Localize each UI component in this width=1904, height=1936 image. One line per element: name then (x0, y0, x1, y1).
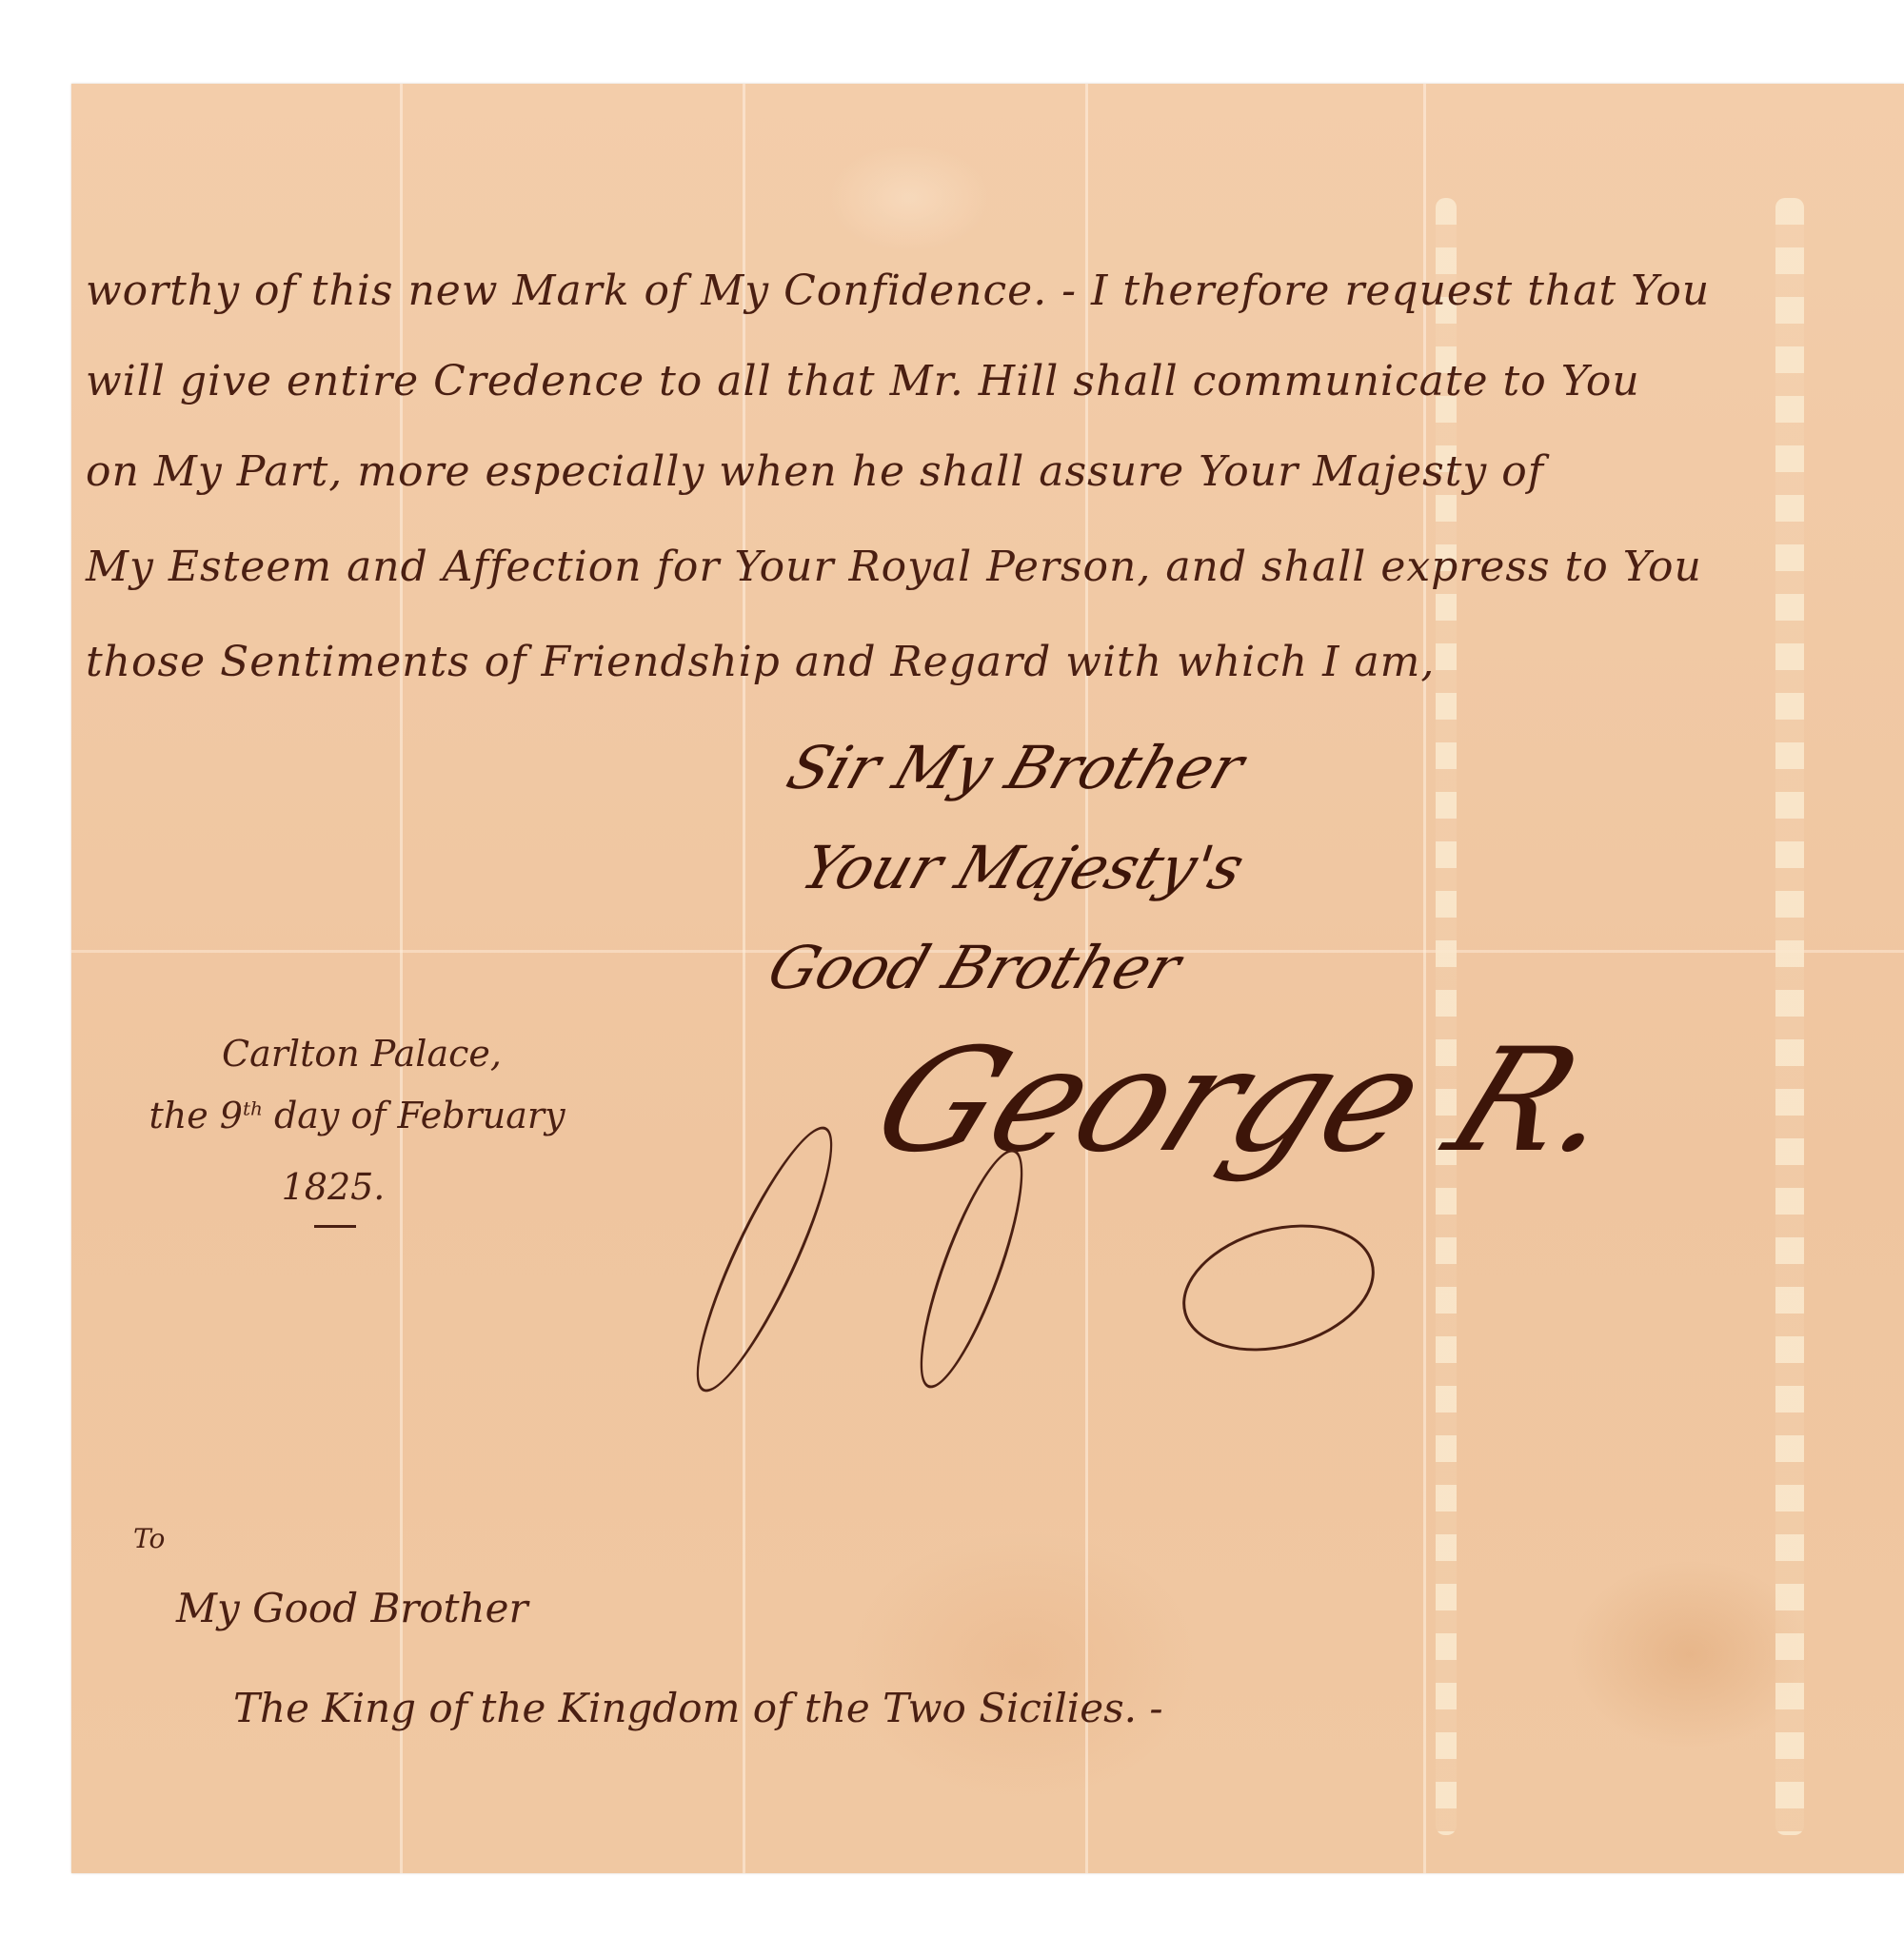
water-stain (1436, 198, 1457, 1835)
dateline-date: the 9th day of February (143, 1095, 571, 1136)
address-line: The King of the Kingdom of the Two Sicil… (233, 1685, 1163, 1731)
address-line: My Good Brother (176, 1585, 528, 1631)
dateline-year: 1825. (238, 1166, 428, 1208)
closing-line: Sir My Brother (779, 733, 1252, 802)
date-day: the 9 (149, 1095, 243, 1136)
body-line: on My Part, more especially when he shal… (86, 447, 1544, 496)
fold-crease (743, 84, 745, 1873)
closing-line: Good Brother (760, 933, 1189, 1002)
body-line: worthy of this new Mark of My Confidence… (86, 267, 1710, 315)
body-line: My Esteem and Affection for Your Royal P… (86, 543, 1702, 591)
address-to: To (133, 1523, 165, 1554)
body-line: will give entire Credence to all that Mr… (86, 357, 1640, 405)
closing-line: Your Majesty's (793, 833, 1253, 902)
date-month: day of February (263, 1095, 565, 1136)
water-stain (1775, 198, 1804, 1835)
fold-crease (1423, 84, 1426, 1873)
signature: George R. (852, 1018, 1646, 1184)
body-line: those Sentiments of Friendship and Regar… (86, 638, 1435, 686)
date-ordinal: th (243, 1096, 263, 1119)
dateline-place: Carlton Palace, (219, 1033, 505, 1075)
year-underline (314, 1225, 356, 1228)
